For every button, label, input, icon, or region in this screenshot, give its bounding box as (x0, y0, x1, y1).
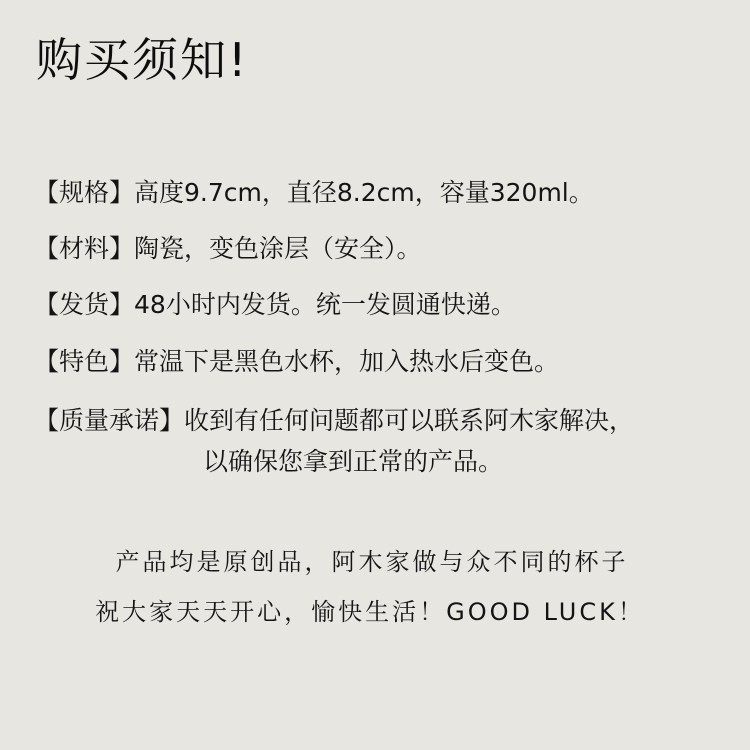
spec-label: 【材料】 (34, 234, 134, 263)
spec-text: 常温下是黑色水杯，加入热水后变色。 (134, 347, 559, 376)
spec-row-specification: 【规格】高度9.7cm，直径8.2cm，容量320ml。 (34, 176, 594, 210)
spec-row-quality-promise: 【质量承诺】收到有任何问题都可以联系阿木家解决， (34, 404, 634, 438)
good-luck-note: 祝大家天天开心，愉快生活！GOOD LUCK！ (0, 595, 745, 629)
quality-promise-continuation: 以确保您拿到正常的产品。 (203, 445, 503, 479)
spec-row-feature: 【特色】常温下是黑色水杯，加入热水后变色。 (34, 345, 559, 379)
page-title: 购买须知! (36, 30, 248, 90)
spec-label: 【规格】 (34, 178, 134, 207)
spec-text: 48小时内发货。统一发圆通快递。 (134, 290, 516, 319)
original-product-note: 产品均是原创品，阿木家做与众不同的杯子 (0, 545, 747, 579)
spec-label: 【发货】 (34, 290, 134, 319)
spec-text: 收到有任何问题都可以联系阿木家解决， (184, 406, 634, 435)
spec-row-shipping: 【发货】48小时内发货。统一发圆通快递。 (34, 288, 516, 322)
spec-text: 高度9.7cm，直径8.2cm，容量320ml。 (134, 178, 594, 207)
spec-label: 【质量承诺】 (34, 406, 184, 435)
spec-row-material: 【材料】陶瓷，变色涂层（安全）。 (34, 232, 422, 266)
spec-label: 【特色】 (34, 347, 134, 376)
spec-text: 陶瓷，变色涂层（安全）。 (134, 234, 422, 263)
